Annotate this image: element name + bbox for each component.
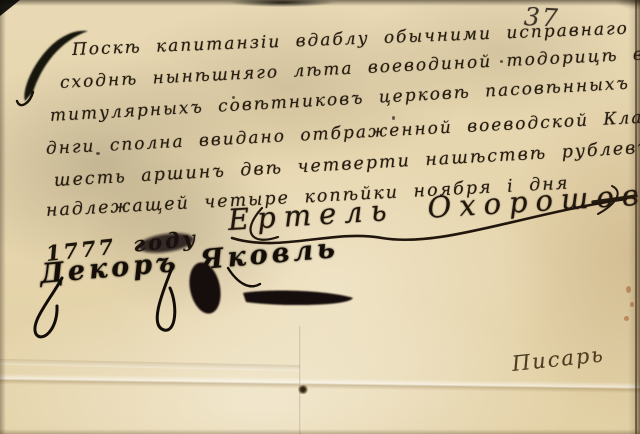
ink-speck <box>392 116 395 120</box>
top-edge-smudge <box>230 0 334 7</box>
scribe-corner-note: Писарь <box>511 342 606 376</box>
scan-corner-shadow <box>614 0 640 10</box>
scan-edge-right <box>628 0 640 434</box>
scan-edge-left <box>0 0 6 434</box>
faint-crease <box>0 359 300 371</box>
paper-hole-spot <box>298 385 308 394</box>
scan-corner-shadow <box>0 0 20 16</box>
paper-edge-line <box>635 0 637 434</box>
vertical-fold <box>299 326 302 434</box>
horizontal-crease <box>0 373 640 393</box>
manuscript-scan: 37 Поскѣ капитанзіи вдаблу обычними испр… <box>0 0 640 434</box>
scan-edge-bottom <box>0 429 640 434</box>
